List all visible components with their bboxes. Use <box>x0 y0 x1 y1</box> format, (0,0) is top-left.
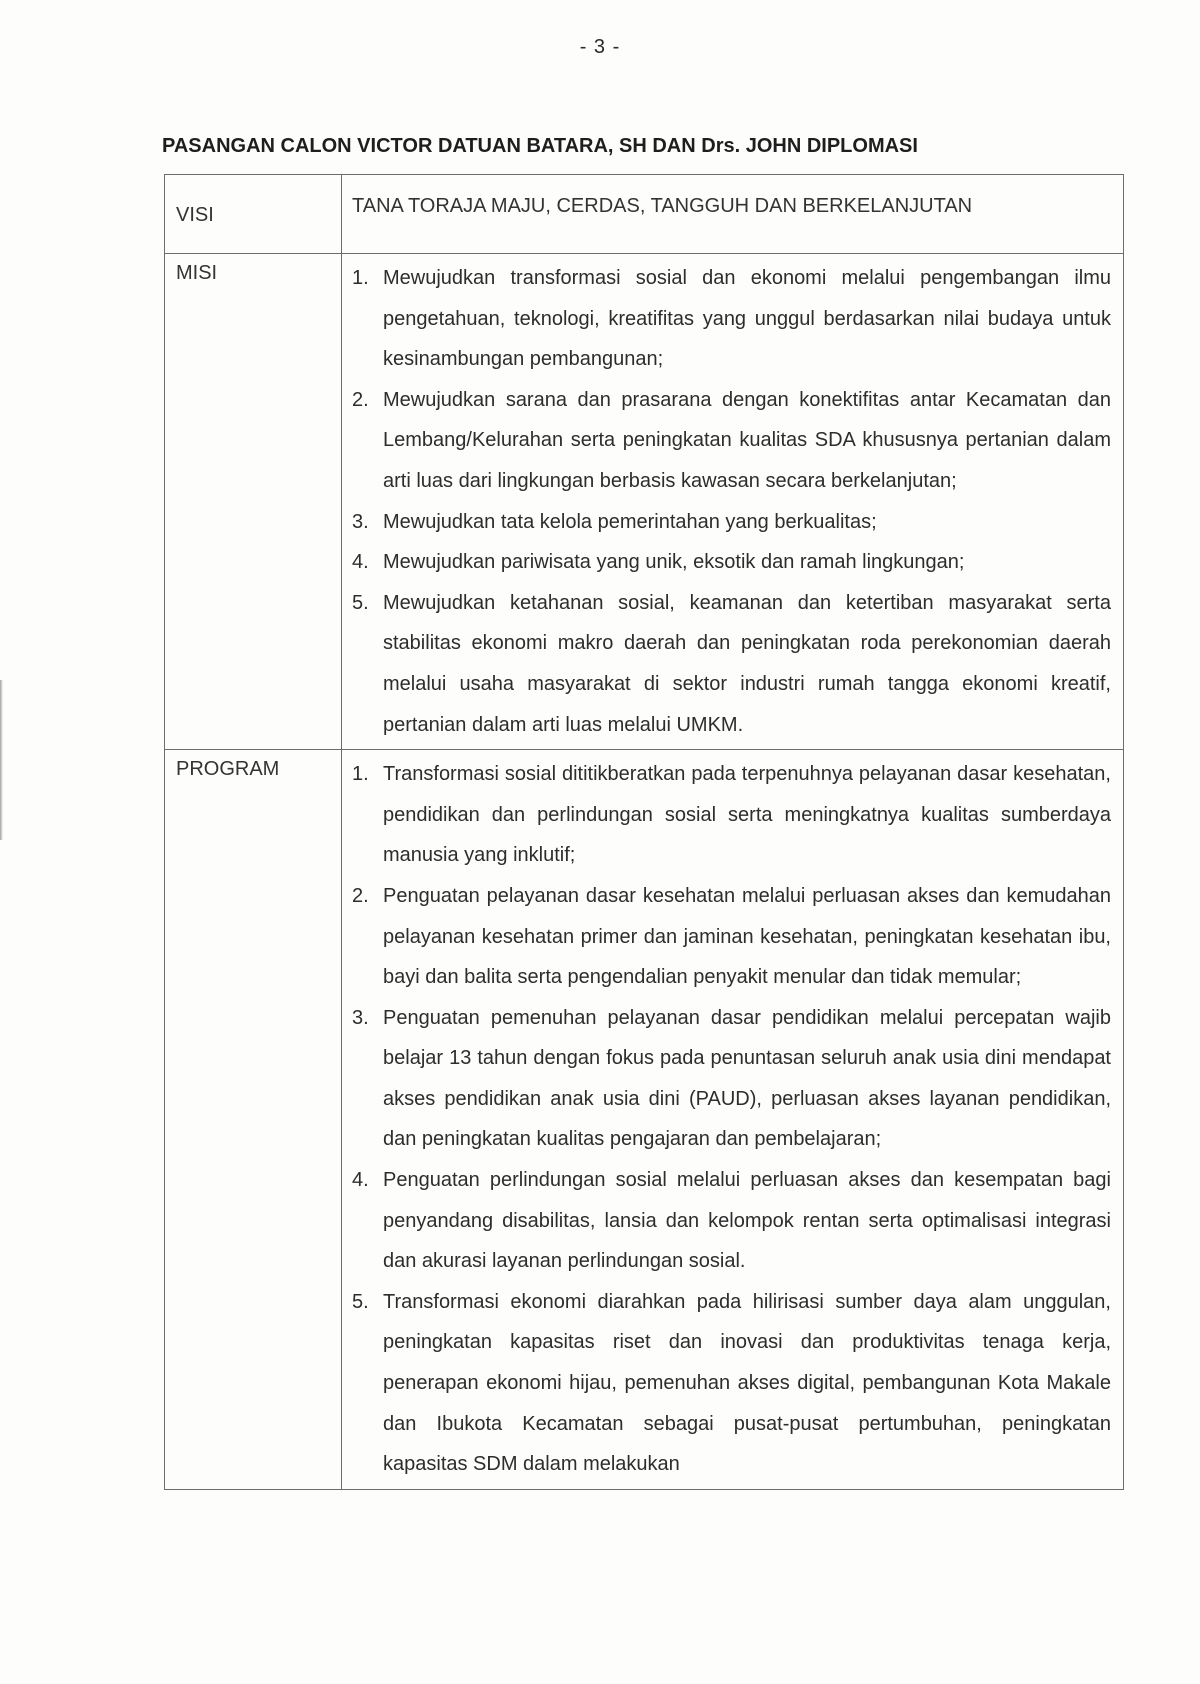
section-heading: PASANGAN CALON VICTOR DATUAN BATARA, SH … <box>162 135 918 158</box>
visi-value: TANA TORAJA MAJU, CERDAS, TANGGUH DAN BE… <box>342 175 1124 254</box>
list-item-text: Mewujudkan transformasi sosial dan ekono… <box>383 267 1111 370</box>
list-item-text: Transformasi ekonomi diarahkan pada hili… <box>383 1291 1111 1475</box>
list-item-number: 2. <box>352 380 369 421</box>
list-item-number: 2. <box>352 876 369 917</box>
vision-mission-table: VISI TANA TORAJA MAJU, CERDAS, TANGGUH D… <box>164 174 1124 1490</box>
list-item: 5.Transformasi ekonomi diarahkan pada hi… <box>352 1282 1111 1485</box>
list-item-number: 1. <box>352 258 369 299</box>
program-list: 1.Transformasi sosial dititikberatkan pa… <box>342 750 1123 1489</box>
list-item: 3.Mewujudkan tata kelola pemerintahan ya… <box>352 502 1111 543</box>
misi-content: 1.Mewujudkan transformasi sosial dan eko… <box>342 254 1124 750</box>
list-item-number: 3. <box>352 998 369 1039</box>
list-item: 4.Mewujudkan pariwisata yang unik, eksot… <box>352 542 1111 583</box>
list-item: 4.Penguatan perlindungan sosial melalui … <box>352 1160 1111 1282</box>
list-item-number: 5. <box>352 583 369 624</box>
list-item: 5.Mewujudkan ketahanan sosial, keamanan … <box>352 583 1111 745</box>
misi-row: MISI 1.Mewujudkan transformasi sosial da… <box>165 254 1124 750</box>
list-item-number: 1. <box>352 754 369 795</box>
list-item-number: 4. <box>352 1160 369 1201</box>
list-item-text: Penguatan pelayanan dasar kesehatan mela… <box>383 885 1111 988</box>
misi-list: 1.Mewujudkan transformasi sosial dan eko… <box>342 254 1123 749</box>
list-item-text: Mewujudkan pariwisata yang unik, eksotik… <box>383 551 964 573</box>
program-row: PROGRAM 1.Transformasi sosial dititikber… <box>165 750 1124 1490</box>
list-item-text: Penguatan perlindungan sosial melalui pe… <box>383 1169 1111 1272</box>
visi-row: VISI TANA TORAJA MAJU, CERDAS, TANGGUH D… <box>165 175 1124 254</box>
list-item-text: Mewujudkan ketahanan sosial, keamanan da… <box>383 592 1111 736</box>
list-item-number: 4. <box>352 542 369 583</box>
list-item-text: Mewujudkan tata kelola pemerintahan yang… <box>383 511 877 533</box>
list-item-text: Penguatan pemenuhan pelayanan dasar pend… <box>383 1007 1111 1151</box>
list-item-number: 5. <box>352 1282 369 1323</box>
list-item-number: 3. <box>352 502 369 543</box>
visi-label: VISI <box>165 175 342 254</box>
scan-edge-shadow <box>0 680 3 840</box>
program-label: PROGRAM <box>165 750 342 1490</box>
list-item: 2.Penguatan pelayanan dasar kesehatan me… <box>352 876 1111 998</box>
list-item: 1.Mewujudkan transformasi sosial dan eko… <box>352 258 1111 380</box>
page-number: - 3 - <box>0 36 1200 59</box>
program-content: 1.Transformasi sosial dititikberatkan pa… <box>342 750 1124 1490</box>
misi-label: MISI <box>165 254 342 750</box>
list-item-text: Mewujudkan sarana dan prasarana dengan k… <box>383 389 1111 492</box>
list-item: 2.Mewujudkan sarana dan prasarana dengan… <box>352 380 1111 502</box>
list-item: 3.Penguatan pemenuhan pelayanan dasar pe… <box>352 998 1111 1160</box>
list-item: 1.Transformasi sosial dititikberatkan pa… <box>352 754 1111 876</box>
list-item-text: Transformasi sosial dititikberatkan pada… <box>383 763 1111 866</box>
